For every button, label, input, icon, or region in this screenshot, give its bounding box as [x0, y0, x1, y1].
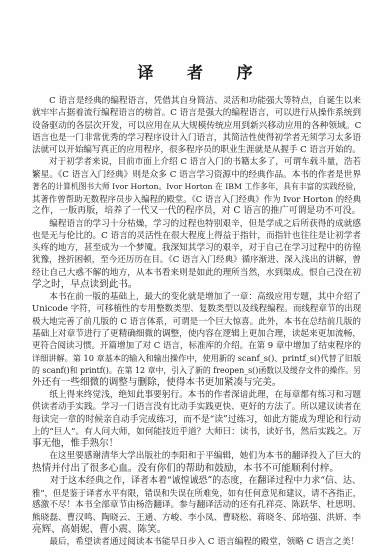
text-line: 的 scanf()和 printf()。在第 12 章中，引入了新的 freop…	[32, 365, 361, 377]
text-line: 每读完一章的时候亲自动手完成练习，而不是“读”过练习，如此方能成为理论和行动	[32, 414, 361, 426]
text-line: 其著作曾帮助无数程序员步入编程的殿堂。《C 语言入门经典》作为 Ivor Hor…	[32, 193, 361, 205]
text-line: 基础上对章节进行了更精确细微的调整，使内容在逻辑上更加合理，读起来更加流畅，	[32, 328, 361, 340]
paragraph: 在这里要感谢清华大学出版社的李阳和于平编辑，她们为本书的翻译投入了巨大的热情并付…	[32, 450, 361, 475]
text-line: 感激不尽！本书全部章节由杨浩翻译。参与翻译活动的还有孔祥亮、陈跃华、杜思明、	[32, 499, 361, 511]
paragraph: 纸上得来终觉浅，绝知此事要躬行。本书的作者深谙此理，在每章都有练习和习题供读者动…	[32, 389, 361, 450]
text-line: 犹豫，挫折困顿，至今还历历在目。《C 语言入门经典》循序渐进、深入浅出的讲解，曾	[32, 254, 361, 266]
text-line: 法就可以开始编写真正的应用程序，很多程序员的职业生涯就是从握手 C 语言开始的。	[32, 144, 361, 156]
text-line: 亮辉、高娟妮、曹小震、陈笑。	[32, 524, 361, 536]
text-line: 繁星。《C 语言入门经典》则是众多 C 语言学习资源中的经典作品。本书的作者是世…	[32, 169, 361, 181]
paragraph: 对于初学者来说，目前市面上介绍 C 语言入门的书籍太多了，可谓车载斗量，浩若繁星…	[32, 156, 361, 217]
text-line: 学之时，早点读到此书。	[32, 279, 361, 291]
text-line: 上的“巨人”。有人问大师，如何能技近乎道？大师曰：读书，读好书，然后实践之。万	[32, 426, 361, 438]
text-line: 雅”，但是鉴于译者水平有限，错误和失误在所难免，如有任何意见和建议，请不吝指正，	[32, 487, 361, 499]
text-line: 语言也是一门非常优秀的学习程序设计入门语言，其简洁性使得初学者无须学习太多语	[32, 132, 361, 144]
text-line: 详细讲解。第 10 章基本的输入和输出操作中，使用新的 scanf_s()、pr…	[32, 352, 361, 364]
text-line: 事无他，惟手熟尔！	[32, 438, 361, 450]
preface-body: C 语言是经典的编程语言，凭借其自身简洁、灵活和功能强大等特点，自诞生以来就牢牢…	[32, 95, 361, 546]
text-line: 最后，希望读者通过阅读本书能早日步入 C 语言编程的殿堂，领略 C 语言之美！	[32, 536, 361, 546]
text-line: Unicode 字符，可移植性的专用整数类型、复数类型以及线程编程。而线程章节的…	[32, 303, 361, 315]
paragraph: 本书在前一版的基础上，最大的变化就是增加了一章：高级应用专题，其中介绍了Unic…	[32, 291, 361, 389]
text-line: 更符合阅读习惯。开篇增加了对 C 语言，标准库的介绍。在第 9 章中增加了结束程…	[32, 340, 361, 352]
text-line: 就牢牢占据着流行编程语言的榜首。C 语言是强大的编程语言，可以进行从操作系统到	[32, 107, 361, 119]
text-line: 对于初学者来说，目前市面上介绍 C 语言入门的书籍太多了，可谓车载斗量，浩若	[32, 156, 361, 168]
text-line: 本书在前一版的基础上，最大的变化就是增加了一章：高级应用专题，其中介绍了	[32, 291, 361, 303]
text-line: 设备驱动的各层次开发，可以应用在从大规模传统应用到新兴移动应用的各种领域。C	[32, 120, 361, 132]
document-page: 译 者 序 C 语言是经典的编程语言，凭借其自身简洁、灵活和功能强大等特点，自诞…	[0, 0, 390, 546]
text-line: 极大地完善了前几版的 C 语言体系，可谓是一个巨大惊喜。此外，本书在总结前几版的	[32, 316, 361, 328]
text-line: 经让自己大惑不解的地方，从本书看来则是如此的理所当然，水到渠成。恨自己没在初	[32, 267, 361, 279]
paragraph: 最后，希望读者通过阅读本书能早日步入 C 语言编程的殿堂，领略 C 语言之美！	[32, 536, 361, 546]
text-line: 对于这本经典之作，译者本着“诚惶诚恐”的态度，在翻译过程中力求“信、达、	[32, 475, 361, 487]
text-line: 也是无与伦比的。C 语言的灵活性在很大程度上得益于指针，而指针也往往是让初学者	[32, 230, 361, 242]
text-line: 热情并付出了很多心血。没有你们的帮助和鼓励，本书不可能顺利付梓。	[32, 463, 361, 475]
text-line: 之作，一版再版，培养了一代又一代的程序员，对 C 语言的推广可谓是功不可没。	[32, 205, 361, 217]
paragraph: 编程语言的学习十分枯燥，学习的过程也特别艰辛，但是学成之后所获得的成就感也是无与…	[32, 218, 361, 292]
text-line: 编程语言的学习十分枯燥，学习的过程也特别艰辛，但是学成之后所获得的成就感	[32, 218, 361, 230]
text-line: C 语言是经典的编程语言，凭借其自身简洁、灵活和功能强大等特点，自诞生以来	[32, 95, 361, 107]
text-line: 头疼的地方，甚至成为一个梦魇。我深知其学习的艰辛，对于自己在学习过程中的彷徨	[32, 242, 361, 254]
paragraph: 对于这本经典之作，译者本着“诚惶诚恐”的态度，在翻译过程中力求“信、达、雅”，但…	[32, 475, 361, 536]
text-line: 供读者动手实践。学习一门语言没有比动手实践更快、更好的方法了。所以建议读者在	[32, 401, 361, 413]
text-line: 著名的计算机图书大师 Ivor Horton。Ivor Horton 在 IBM…	[32, 181, 361, 193]
page-title: 译 者 序	[0, 60, 390, 83]
text-line: 在这里要感谢清华大学出版社的李阳和于平编辑，她们为本书的翻译投入了巨大的	[32, 450, 361, 462]
text-line: 熊晓磊、曹汉鸣、陶晓云、王通、方峻、李小凤、曹晓松、蒋晓冬、邱培强、洪妍、李	[32, 512, 361, 524]
paragraph: C 语言是经典的编程语言，凭借其自身简洁、灵活和功能强大等特点，自诞生以来就牢牢…	[32, 95, 361, 156]
text-line: 纸上得来终觉浅，绝知此事要躬行。本书的作者深谙此理，在每章都有练习和习题	[32, 389, 361, 401]
text-line: 外还有一些细微的调整与删除，使得本书更加紧凑与完美。	[32, 377, 361, 389]
